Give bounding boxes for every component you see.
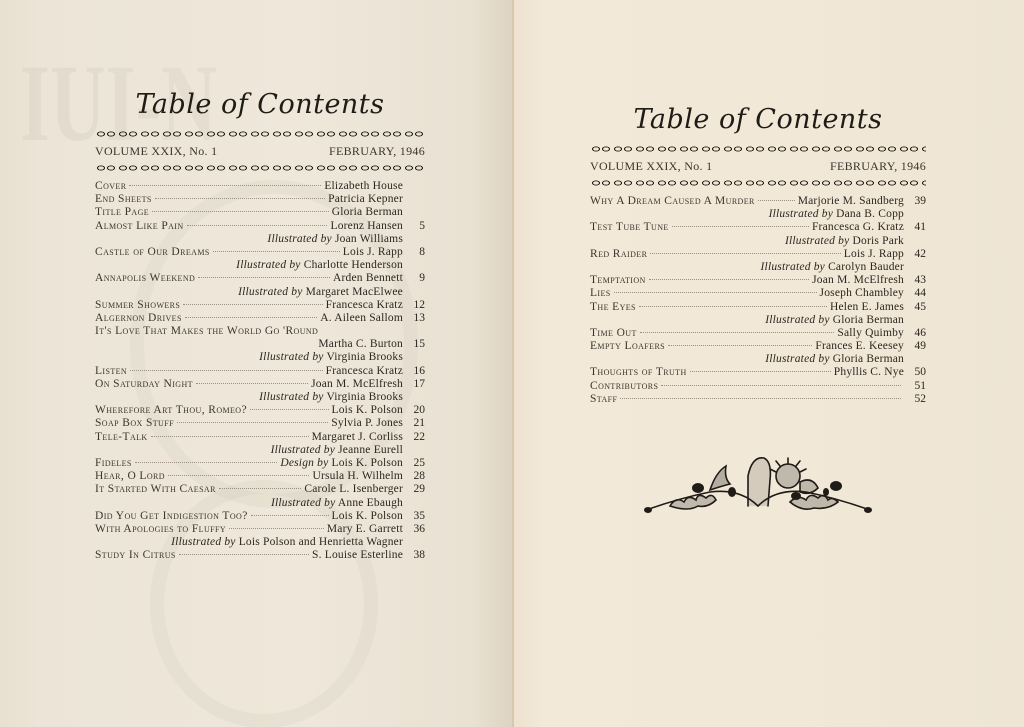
illustrator-text: Illustrated by Joan Williams	[267, 233, 403, 246]
toc-entry: Why A Dream Caused A MurderMarjorie M. S…	[590, 195, 926, 208]
leader-dots	[130, 370, 323, 371]
entry-title: Staff	[590, 393, 617, 406]
leader-dots	[177, 422, 328, 423]
entry-page: 25	[403, 457, 425, 470]
author-name: Lorenz Hansen	[330, 220, 403, 232]
entry-page: 5	[403, 220, 425, 233]
toc-entry: With Apologies to FluffyMary E. Garrett3…	[95, 523, 425, 536]
spacer	[403, 391, 425, 404]
illustrator-credit: Illustrated by Doris Park	[590, 235, 926, 248]
toc-entry: TemptationJoan M. McElfresh43	[590, 274, 926, 287]
toc-entry: Red RaiderLois J. Rapp42	[590, 248, 926, 261]
entry-author: Carole L. Isenberger	[304, 483, 403, 496]
toc-left: Table of Contents VOLUME XXIX, No. 1 FEB…	[95, 85, 425, 562]
illustrator-text: Illustrated by Carolyn Bauder	[761, 261, 904, 274]
illustrator-text: Illustrated by Lois Polson and Henrietta…	[171, 536, 403, 549]
toc-entry: Algernon DrivesA. Aileen Sallom13	[95, 312, 425, 325]
spacer	[904, 314, 926, 327]
entry-author: Sylvia P. Jones	[331, 417, 403, 430]
author-name: S. Louise Esterline	[312, 549, 403, 561]
illustrator-credit: Illustrated by Dana B. Copp	[590, 208, 926, 221]
volume-line: VOLUME XXIX, No. 1 FEBRUARY, 1946	[95, 143, 425, 159]
leader-dots	[640, 332, 835, 333]
entry-page: 28	[403, 470, 425, 483]
entry-author: Margaret J. Corliss	[312, 431, 403, 444]
entry-page: 43	[904, 274, 926, 287]
entry-author: Martha C. Burton	[318, 338, 403, 351]
credit-prefix: Design by	[280, 457, 328, 469]
entry-page: 35	[403, 510, 425, 523]
entry-page: 46	[904, 327, 926, 340]
leader-dots	[250, 409, 329, 410]
illustrator-credit: Illustrated by Jeanne Eurell	[95, 444, 425, 457]
entry-title: Contributors	[590, 380, 658, 393]
entry-author: Joan M. McElfresh	[311, 378, 403, 391]
illustrator-credit: Illustrated by Charlotte Henderson	[95, 259, 425, 272]
illustrated-by-label: Illustrated by	[765, 314, 829, 326]
scroll-ornament-icon	[95, 128, 425, 140]
spacer	[904, 235, 926, 248]
illustrated-by-label: Illustrated by	[271, 444, 335, 456]
entry-author: Ursula H. Wilhelm	[312, 470, 403, 483]
author-name: Phyllis C. Nye	[834, 366, 904, 378]
leader-dots	[229, 528, 324, 529]
entry-title: Summer Showers	[95, 299, 180, 312]
entry-author: Francesca Kratz	[326, 365, 403, 378]
illustrator-name: Carolyn Bauder	[828, 261, 904, 273]
illustrator-credit: Illustrated by Virginia Brooks	[95, 351, 425, 364]
entry-page: 50	[904, 366, 926, 379]
illustrator-credit: Illustrated by Virginia Brooks	[95, 391, 425, 404]
toc-entries: Why A Dream Caused A MurderMarjorie M. S…	[590, 195, 926, 406]
page-title: Table of Contents	[95, 85, 425, 125]
entry-title: Annapolis Weekend	[95, 272, 195, 285]
entry-page: 52	[904, 393, 926, 406]
author-name: Helen E. James	[830, 301, 904, 313]
issue-date: FEBRUARY, 1946	[830, 158, 926, 174]
entry-author: S. Louise Esterline	[312, 549, 403, 562]
author-name: Marjorie M. Sandberg	[798, 195, 904, 207]
illustrator-name: Gloria Berman	[833, 314, 904, 326]
entry-author: Elizabeth House	[324, 180, 403, 193]
entry-title: It's Love That Makes the World Go 'Round	[95, 325, 318, 338]
entry-author: Francesca G. Kratz	[812, 221, 904, 234]
illustrated-by-label: Illustrated by	[259, 391, 323, 403]
toc-entry: Thoughts of TruthPhyllis C. Nye50	[590, 366, 926, 379]
toc-entry: Annapolis WeekendArden Bennett9	[95, 272, 425, 285]
author-name: Lois K. Polson	[332, 457, 404, 469]
author-name: Lois K. Polson	[332, 510, 404, 522]
leader-dots	[155, 198, 325, 199]
leader-dots	[639, 306, 827, 307]
book-spine	[512, 0, 514, 727]
toc-entry: CoverElizabeth House	[95, 180, 425, 193]
spacer	[403, 259, 425, 272]
entry-author: Lois K. Polson	[332, 404, 404, 417]
toc-entry: Tele-TalkMargaret J. Corliss22	[95, 431, 425, 444]
issue-date: FEBRUARY, 1946	[329, 143, 425, 159]
entry-title: Almost Like Pain	[95, 220, 184, 233]
leader-dots	[620, 398, 901, 399]
toc-entry: Summer ShowersFrancesca Kratz12	[95, 299, 425, 312]
entry-author: Joan M. McElfresh	[812, 274, 904, 287]
illustrator-text: Illustrated by Virginia Brooks	[259, 351, 403, 364]
entry-author: Francesca Kratz	[326, 299, 403, 312]
spacer	[403, 497, 425, 510]
entry-title: Temptation	[590, 274, 646, 287]
leader-dots	[614, 292, 817, 293]
entry-title: Lies	[590, 287, 611, 300]
page-title: Table of Contents	[590, 100, 926, 140]
illustrated-by-label: Illustrated by	[765, 353, 829, 365]
entry-author: Marjorie M. Sandberg	[798, 195, 904, 208]
entry-author: Sally Quimby	[837, 327, 904, 340]
entry-title: Fideles	[95, 457, 132, 470]
illustrator-name: Charlotte Henderson	[304, 259, 403, 271]
toc-entry: Contributors51	[590, 380, 926, 393]
toc-entry-continued: Martha C. Burton15	[95, 338, 425, 351]
author-name: Carole L. Isenberger	[304, 483, 403, 495]
entry-page: 21	[403, 417, 425, 430]
toc-entry: Almost Like PainLorenz Hansen5	[95, 220, 425, 233]
entry-title: Castle of Our Dreams	[95, 246, 210, 259]
entry-author: Phyllis C. Nye	[834, 366, 904, 379]
entry-author: Gloria Berman	[332, 206, 403, 219]
leader-dots	[758, 200, 795, 201]
illustrator-text: Illustrated by Charlotte Henderson	[236, 259, 403, 272]
oak-leaf-acorn-ornament-icon	[640, 450, 876, 520]
toc-entries: CoverElizabeth HouseEnd SheetsPatricia K…	[95, 180, 425, 562]
scroll-ornament-icon	[590, 177, 926, 189]
toc-entry: End SheetsPatricia Kepner	[95, 193, 425, 206]
toc-entry: The EyesHelen E. James45	[590, 301, 926, 314]
toc-entry: Test Tube TuneFrancesca G. Kratz41	[590, 221, 926, 234]
entry-page: 9	[403, 272, 425, 285]
entry-page: 42	[904, 248, 926, 261]
entry-author: Arden Bennett	[333, 272, 403, 285]
illustrated-by-label: Illustrated by	[267, 233, 331, 245]
entry-page: 38	[403, 549, 425, 562]
toc-entry: Soap Box StuffSylvia P. Jones21	[95, 417, 425, 430]
illustrator-name: Gloria Berman	[833, 353, 904, 365]
author-name: A. Aileen Sallom	[320, 312, 403, 324]
entry-author: Patricia Kepner	[328, 193, 403, 206]
author-name: Elizabeth House	[324, 180, 403, 192]
leader-dots	[187, 225, 328, 226]
entry-title: The Eyes	[590, 301, 636, 314]
illustrator-name: Anne Ebaugh	[338, 497, 403, 509]
entry-page: 41	[904, 221, 926, 234]
scroll-ornament-icon	[95, 162, 425, 174]
spacer	[403, 233, 425, 246]
entry-page: 12	[403, 299, 425, 312]
entry-page: 51	[904, 380, 926, 393]
entry-page: 22	[403, 431, 425, 444]
author-name: Sylvia P. Jones	[331, 417, 403, 429]
illustrator-text: Illustrated by Gloria Berman	[765, 353, 904, 366]
toc-entry: Wherefore Art Thou, Romeo?Lois K. Polson…	[95, 404, 425, 417]
entry-title: Time Out	[590, 327, 637, 340]
entry-title: With Apologies to Fluffy	[95, 523, 226, 536]
entry-page: 29	[403, 483, 425, 496]
entry-page: 36	[403, 523, 425, 536]
author-name: Sally Quimby	[837, 327, 904, 339]
author-name: Patricia Kepner	[328, 193, 403, 205]
scroll-ornament-icon	[590, 143, 926, 155]
author-name: Lois J. Rapp	[844, 248, 904, 260]
entry-author: Lorenz Hansen	[330, 220, 403, 233]
illustrated-by-label: Illustrated by	[769, 208, 833, 220]
author-name: Frances E. Keesey	[815, 340, 904, 352]
toc-entry: It's Love That Makes the World Go 'Round	[95, 325, 425, 338]
entry-title: Empty Loafers	[590, 340, 665, 353]
leader-dots	[213, 251, 340, 252]
illustrator-name: Doris Park	[852, 235, 904, 247]
leader-dots	[196, 383, 308, 384]
author-name: Joseph Chambley	[820, 287, 904, 299]
illustrator-credit: Illustrated by Carolyn Bauder	[590, 261, 926, 274]
spacer	[403, 444, 425, 457]
illustrator-credit: Illustrated by Anne Ebaugh	[95, 497, 425, 510]
leader-dots	[185, 317, 317, 318]
entry-page: 16	[403, 365, 425, 378]
entry-author: Helen E. James	[830, 301, 904, 314]
toc-entry: Time OutSally Quimby46	[590, 327, 926, 340]
author-name: Mary E. Garrett	[327, 523, 403, 535]
illustrator-name: Virginia Brooks	[326, 351, 403, 363]
leader-dots	[219, 488, 302, 489]
author-name: Lois J. Rapp	[343, 246, 403, 258]
entry-title: On Saturday Night	[95, 378, 193, 391]
toc-entry: Study In CitrusS. Louise Esterline38	[95, 549, 425, 562]
entry-page: 44	[904, 287, 926, 300]
leader-dots	[668, 345, 812, 346]
spacer	[403, 286, 425, 299]
leader-dots	[661, 385, 901, 386]
illustrated-by-label: Illustrated by	[171, 536, 235, 548]
leader-dots	[672, 226, 809, 227]
entry-title: Cover	[95, 180, 126, 193]
author-name: Margaret J. Corliss	[312, 431, 403, 443]
illustrator-text: Illustrated by Jeanne Eurell	[271, 444, 403, 457]
illustrator-text: Illustrated by Virginia Brooks	[259, 391, 403, 404]
leader-dots	[129, 185, 321, 186]
author-name: Francesca Kratz	[326, 365, 403, 377]
illustrator-text: Illustrated by Margaret MacElwee	[238, 286, 403, 299]
entry-author: Lois K. Polson	[332, 510, 404, 523]
leader-dots	[649, 279, 809, 280]
illustrator-text: Illustrated by Gloria Berman	[765, 314, 904, 327]
leader-dots	[251, 515, 329, 516]
illustrator-name: Lois Polson and Henrietta Wagner	[239, 536, 403, 548]
spacer	[904, 353, 926, 366]
entry-title: Study In Citrus	[95, 549, 176, 562]
illustrator-name: Jeanne Eurell	[338, 444, 403, 456]
entry-page: 8	[403, 246, 425, 259]
illustrator-credit: Illustrated by Lois Polson and Henrietta…	[95, 536, 425, 549]
toc-entry: Did You Get Indigestion Too?Lois K. Pols…	[95, 510, 425, 523]
leader-dots	[690, 371, 831, 372]
illustrated-by-label: Illustrated by	[236, 259, 300, 271]
illustrated-by-label: Illustrated by	[259, 351, 323, 363]
volume-number: VOLUME XXIX, No. 1	[95, 143, 217, 159]
leader-dots	[650, 253, 840, 254]
author-name: Gloria Berman	[332, 206, 403, 218]
toc-entry: LiesJoseph Chambley44	[590, 287, 926, 300]
toc-entry: On Saturday NightJoan M. McElfresh17	[95, 378, 425, 391]
toc-entry: Castle of Our DreamsLois J. Rapp8	[95, 246, 425, 259]
entry-title: Algernon Drives	[95, 312, 182, 325]
entry-author: Joseph Chambley	[820, 287, 904, 300]
illustrator-text: Illustrated by Doris Park	[785, 235, 904, 248]
entry-author: Design by Lois K. Polson	[280, 457, 403, 470]
author-name: Ursula H. Wilhelm	[312, 470, 403, 482]
entry-author: Lois J. Rapp	[844, 248, 904, 261]
leader-dots	[179, 554, 309, 555]
author-name: Joan M. McElfresh	[311, 378, 403, 390]
leader-dots	[198, 277, 330, 278]
illustrator-name: Dana B. Copp	[836, 208, 904, 220]
toc-entry: Staff52	[590, 393, 926, 406]
illustrated-by-label: Illustrated by	[238, 286, 302, 298]
entry-author: Frances E. Keesey	[815, 340, 904, 353]
toc-right: Table of Contents VOLUME XXIX, No. 1 FEB…	[590, 100, 926, 406]
spacer	[904, 261, 926, 274]
entry-page: 17	[403, 378, 425, 391]
entry-title: Test Tube Tune	[590, 221, 669, 234]
entry-author: A. Aileen Sallom	[320, 312, 403, 325]
entry-title: Title Page	[95, 206, 149, 219]
leader-dots	[135, 462, 278, 463]
entry-page: 49	[904, 340, 926, 353]
illustrator-credit: Illustrated by Gloria Berman	[590, 314, 926, 327]
illustrator-name: Joan Williams	[335, 233, 403, 245]
author-name: Arden Bennett	[333, 272, 403, 284]
entry-title: Soap Box Stuff	[95, 417, 174, 430]
illustrator-credit: Illustrated by Joan Williams	[95, 233, 425, 246]
entry-title: Wherefore Art Thou, Romeo?	[95, 404, 247, 417]
entry-title: Listen	[95, 365, 127, 378]
author-name: Francesca Kratz	[326, 299, 403, 311]
volume-number: VOLUME XXIX, No. 1	[590, 158, 712, 174]
illustrator-credit: Illustrated by Margaret MacElwee	[95, 286, 425, 299]
entry-title: It Started With Caesar	[95, 483, 216, 496]
toc-entry: It Started With CaesarCarole L. Isenberg…	[95, 483, 425, 496]
illustrator-text: Illustrated by Anne Ebaugh	[271, 497, 403, 510]
entry-title: End Sheets	[95, 193, 152, 206]
illustrator-text: Illustrated by Dana B. Copp	[769, 208, 904, 221]
toc-entry: FidelesDesign by Lois K. Polson25	[95, 457, 425, 470]
volume-line: VOLUME XXIX, No. 1 FEBRUARY, 1946	[590, 158, 926, 174]
leader-dots	[152, 211, 329, 212]
illustrated-by-label: Illustrated by	[271, 497, 335, 509]
spacer	[403, 536, 425, 549]
toc-entry: Empty LoafersFrances E. Keesey49	[590, 340, 926, 353]
entry-page: 15	[403, 338, 425, 351]
illustrated-by-label: Illustrated by	[761, 261, 825, 273]
entry-page: 20	[403, 404, 425, 417]
leader-dots	[183, 304, 322, 305]
entry-title: Did You Get Indigestion Too?	[95, 510, 248, 523]
entry-author: Lois J. Rapp	[343, 246, 403, 259]
author-name: Joan M. McElfresh	[812, 274, 904, 286]
toc-entry: Hear, O LordUrsula H. Wilhelm28	[95, 470, 425, 483]
entry-title: Tele-Talk	[95, 431, 148, 444]
entry-page: 13	[403, 312, 425, 325]
author-name: Lois K. Polson	[332, 404, 404, 416]
leader-dots	[168, 475, 309, 476]
toc-entry: Title PageGloria Berman	[95, 206, 425, 219]
author-name: Francesca G. Kratz	[812, 221, 904, 233]
leader-dots	[151, 436, 309, 437]
illustrator-credit: Illustrated by Gloria Berman	[590, 353, 926, 366]
spacer	[904, 208, 926, 221]
entry-page: 39	[904, 195, 926, 208]
spacer	[403, 351, 425, 364]
entry-author: Mary E. Garrett	[327, 523, 403, 536]
illustrator-name: Margaret MacElwee	[306, 286, 403, 298]
entry-title: Hear, O Lord	[95, 470, 165, 483]
entry-title: Red Raider	[590, 248, 647, 261]
toc-entry: ListenFrancesca Kratz16	[95, 365, 425, 378]
entry-page: 45	[904, 301, 926, 314]
entry-title: Thoughts of Truth	[590, 366, 687, 379]
illustrated-by-label: Illustrated by	[785, 235, 849, 247]
entry-title: Why A Dream Caused A Murder	[590, 195, 755, 208]
illustrator-name: Virginia Brooks	[326, 391, 403, 403]
